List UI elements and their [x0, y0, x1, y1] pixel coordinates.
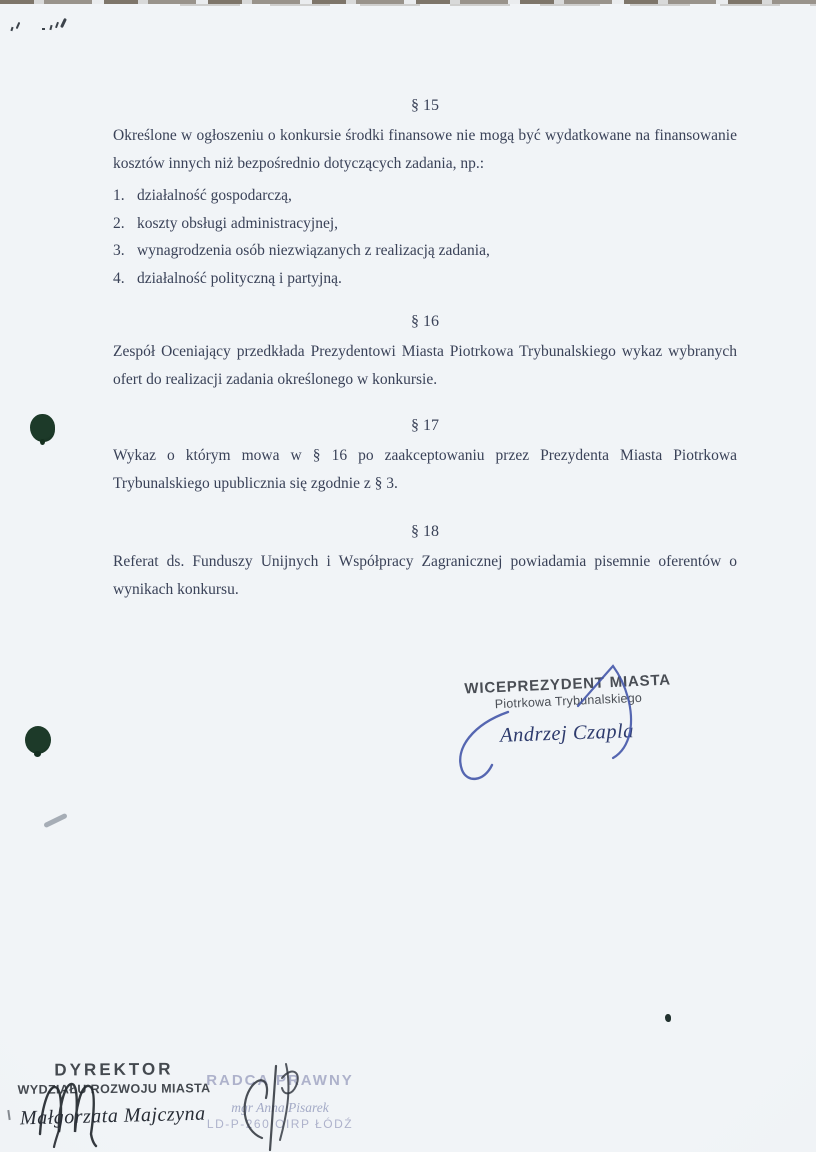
scan-top-edge-secondary	[180, 4, 816, 6]
section-16: § 16 Zespół Oceniający przedkłada Prezyd…	[113, 312, 737, 394]
ink-speck	[10, 27, 13, 31]
vice-president-signature: Andrzej Czapla	[500, 719, 661, 748]
ink-speck	[60, 18, 67, 28]
section-17: § 17 Wykaz o którym mowa w § 16 po zaakc…	[113, 416, 737, 498]
section-15: § 15 Określone w ogłoszeniu o konkursie …	[113, 96, 737, 292]
document-body: § 15 Określone w ogłoszeniu o konkursie …	[113, 96, 737, 604]
list-item: 3. wynagrodzenia osób niezwiązanych z re…	[113, 237, 737, 265]
list-item-text: koszty obsługi administracyjnej,	[137, 210, 338, 238]
list-item-number: 2.	[113, 210, 137, 238]
ink-speck	[49, 25, 52, 30]
numbered-list: 1. działalność gospodarczą, 2. koszty ob…	[113, 182, 737, 292]
pencil-slash-mark	[43, 813, 68, 828]
section-paragraph: Wykaz o którym mowa w § 16 po zaakceptow…	[113, 442, 737, 498]
ink-speck	[7, 1110, 10, 1120]
list-item: 1. działalność gospodarczą,	[113, 182, 737, 210]
stamp-name: mgr Anna Pisarek	[196, 1100, 364, 1116]
list-item: 2. koszty obsługi administracyjnej,	[113, 210, 737, 238]
stamp-subtitle: WYDZIAŁU ROZWOJU MIASTA	[8, 1081, 220, 1097]
stamp-registration: LD-P-260 OIRP ŁÓDŹ	[196, 1117, 364, 1131]
section-paragraph: Referat ds. Funduszy Unijnych i Współpra…	[113, 548, 737, 604]
list-item-text: wynagrodzenia osób niezwiązanych z reali…	[137, 237, 490, 265]
scanned-document-page: § 15 Określone w ogłoszeniu o konkursie …	[0, 0, 816, 1152]
punch-hole-dot	[25, 726, 51, 754]
director-signature: Małgorzata Majczyna	[20, 1103, 206, 1131]
list-item-text: działalność polityczną i partyjną.	[137, 265, 342, 293]
section-heading: § 16	[113, 312, 737, 332]
list-item-number: 4.	[113, 265, 137, 293]
legal-counsel-stamp: RADCA PRAWNY mgr Anna Pisarek LD-P-260 O…	[196, 1072, 364, 1131]
director-stamp: DYREKTOR WYDZIAŁU ROZWOJU MIASTA	[8, 1059, 220, 1097]
section-paragraph: Określone w ogłoszeniu o konkursie środk…	[113, 122, 737, 178]
punch-hole-dot	[30, 414, 55, 442]
list-item-number: 3.	[113, 237, 137, 265]
vice-president-stamp: WICEPREZYDENT MIASTA Piotrkowa Trybunals…	[451, 671, 684, 713]
section-heading: § 15	[113, 96, 737, 116]
section-heading: § 17	[113, 416, 737, 436]
ink-speck	[16, 22, 21, 29]
list-item-text: działalność gospodarczą,	[137, 182, 292, 210]
section-heading: § 18	[113, 522, 737, 542]
list-item: 4. działalność polityczną i partyjną.	[113, 265, 737, 293]
stamp-title: RADCA PRAWNY	[196, 1072, 364, 1089]
section-18: § 18 Referat ds. Funduszy Unijnych i Wsp…	[113, 522, 737, 604]
section-paragraph: Zespół Oceniający przedkłada Prezydentow…	[113, 338, 737, 394]
list-item-number: 1.	[113, 182, 137, 210]
ink-dot	[665, 1014, 671, 1022]
ink-speck	[42, 28, 45, 30]
ink-speck	[55, 22, 59, 28]
stamp-title: DYREKTOR	[8, 1059, 220, 1081]
